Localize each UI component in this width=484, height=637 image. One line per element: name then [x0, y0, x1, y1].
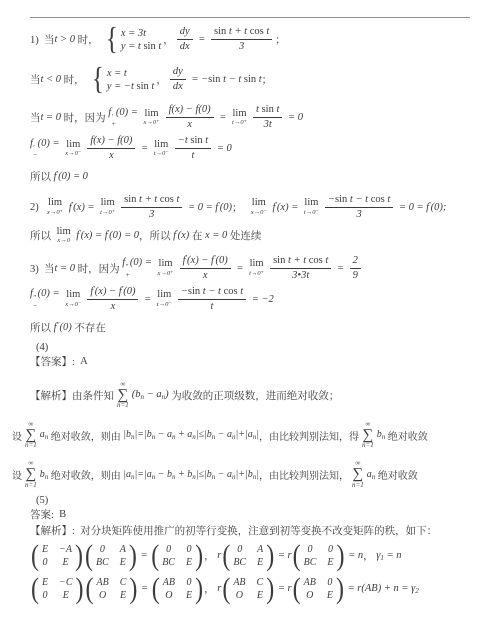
text-run: 当: [30, 110, 41, 125]
matrix-cell: 0: [327, 577, 332, 588]
text-run: ，所以: [139, 228, 173, 243]
text-run: 绝对收敛，则由: [48, 467, 123, 482]
line-part2-conclusion: 所以 limx→0 f′(x) = f′(0) = 0，所以 f′(x) 在 x…: [30, 227, 476, 245]
math-text: −: [328, 194, 335, 205]
question-4-label: (4): [36, 342, 48, 353]
limit-operator: limx→0⁺: [158, 259, 174, 277]
math-text: t + t: [136, 194, 159, 205]
limit-operator: limx→0⁻: [65, 140, 81, 158]
math-text: O: [99, 590, 106, 601]
numerator: −sin t − t cos t: [178, 286, 246, 300]
matrix-paren-right: ): [337, 541, 345, 571]
lim-word: lim: [252, 198, 266, 209]
math-run: = 0: [285, 112, 303, 123]
matrix-cell: BC: [162, 557, 175, 568]
math-text: (0): [220, 202, 232, 213]
math-text: x: [203, 270, 208, 281]
lim-subscript: x→0⁺: [144, 120, 160, 127]
fraction: −sin t − t cos tt: [178, 286, 246, 313]
math-run: (bn − an): [132, 389, 169, 401]
lim-word: lim: [154, 140, 168, 151]
matrix-cell: E: [42, 577, 48, 588]
sum-lower-limit: n=1: [362, 442, 374, 449]
limit-operator: limt→0⁻: [304, 198, 319, 216]
numerator: f(x) − f(0): [87, 135, 135, 149]
math-text: = −2: [249, 294, 274, 305]
math-text: E: [42, 577, 48, 588]
matrix-cell: 0: [328, 544, 333, 555]
math-text: dy: [180, 26, 190, 37]
math-text: =: [141, 294, 153, 305]
sum-lower-limit: n=1: [352, 482, 364, 489]
math-text: A: [257, 544, 263, 555]
matrix-paren-left: (: [85, 541, 93, 571]
math-run: r: [217, 550, 221, 561]
math-run: = 0 = f′(0): [185, 202, 232, 213]
math-text: (0) =: [116, 107, 141, 118]
math-text: t: [203, 135, 209, 146]
math-text: 0: [187, 577, 192, 588]
math-run: t = 0: [41, 112, 62, 123]
q4-answer: 【答案】: A: [30, 354, 476, 369]
math-text: x: [109, 150, 114, 161]
limit-operator: limx→0: [57, 227, 71, 245]
math-text: −t: [178, 135, 191, 146]
limit-operator: limt→0⁺: [249, 259, 264, 277]
fraction: sin t + t cos t3: [121, 194, 182, 221]
fraction: f′(x) − f′(0)x: [87, 286, 138, 313]
function-name: sin: [188, 286, 200, 297]
text-run: 2): [30, 202, 44, 213]
function-name: cos: [371, 194, 385, 205]
line-conclusion-first-derivative: 所以 f′(0) = 0: [30, 169, 476, 184]
numerator: f(x) − f(0): [166, 104, 214, 118]
text-run: ；: [232, 200, 248, 215]
line-part3-right-second-derivative: 3) 当t = 0 时，因为 f″+(0) = limx→0⁺f′(x) − f…: [30, 255, 476, 282]
math-text: t: [385, 194, 391, 205]
math-text: = 0 = f: [396, 202, 429, 213]
math-text: t: [323, 255, 329, 266]
math-text: (0) = 0: [109, 230, 139, 241]
math-text: E: [120, 557, 126, 568]
matrix-paren-right: ): [195, 574, 203, 604]
math-text: |a: [123, 469, 131, 480]
text-run: 绝对收敛: [375, 467, 418, 482]
math-text: BC: [304, 557, 317, 568]
text-run: 时，因为: [75, 261, 122, 276]
math-run: =: [141, 294, 153, 305]
math-text: = n: [384, 550, 402, 561]
math-text: = r: [275, 550, 291, 561]
math-run: = −sin t − t sin t: [189, 74, 262, 85]
math-text: dy: [173, 66, 183, 77]
math-text: −A: [59, 544, 72, 555]
text-run: 在: [189, 228, 205, 243]
math-text: O: [165, 590, 172, 601]
math-text: BC: [96, 557, 109, 568]
math-text: 3t: [264, 119, 272, 130]
matrix-cell: AB: [233, 577, 245, 588]
matrix-cell: O: [236, 590, 243, 601]
math-run: f″−(0) =: [30, 288, 62, 310]
math-text: 3: [239, 41, 244, 52]
math-run: |an|=|an − bn + bn|≤|bn − an|+|bn|: [123, 469, 259, 481]
text-run: ；: [262, 72, 273, 87]
text-run: ，由比较判别法知，得: [259, 428, 359, 443]
math-run: |bn|=|bn − an + an|≤|bn − an|+|an|: [123, 429, 259, 441]
math-text: E: [327, 557, 333, 568]
function-name: sin: [273, 255, 285, 266]
limit-operator: limx→0⁺: [144, 109, 160, 127]
lim-subscript: x→0: [57, 238, 70, 245]
matrix-paren-right: ): [266, 574, 274, 604]
math-text: t = 0: [55, 263, 76, 274]
matrix-grid: AB0OE: [160, 577, 195, 601]
math-text: t + t: [285, 255, 308, 266]
lim-subscript: x→0⁻: [65, 302, 81, 309]
fraction: f′(x) − f′(0)x: [180, 255, 231, 282]
denominator: x: [106, 149, 117, 162]
math-text: t − t: [347, 194, 370, 205]
math-run: = r(AB) + n = γ2: [345, 583, 419, 595]
matrix-cell: E: [257, 590, 263, 601]
math-text: =: [138, 550, 150, 561]
cases-rows: x = ty = −t sin t: [107, 68, 154, 92]
matrix-cell: O: [165, 590, 172, 601]
math-run: = r: [275, 550, 291, 561]
math-run: f′(x) =: [270, 202, 301, 213]
lim-subscript: t→0⁻: [157, 302, 172, 309]
math-text: E: [257, 590, 263, 601]
matrix-cell: E: [186, 557, 192, 568]
matrix-grid: ABCOE: [94, 577, 130, 601]
math-run: =: [138, 143, 150, 154]
math-text: dx: [173, 81, 183, 92]
math-run: r: [217, 583, 221, 594]
matrix-paren-right: ): [76, 574, 84, 604]
math-run: f′+(0) =: [108, 107, 140, 129]
math-text: (x) =: [277, 202, 301, 213]
math-text: f(x) − f(0): [90, 135, 132, 146]
math-text: t: [274, 104, 280, 115]
lim-subscript: t→0⁺: [249, 271, 264, 278]
line-2-t-negative: 当t < 0 时， {x = ty = −t sin t，dydx = −sin…: [30, 66, 476, 93]
math-text: |+|a: [235, 429, 252, 440]
denominator: 3: [353, 208, 364, 221]
text-run: ，: [204, 581, 217, 596]
math-text: (0) =: [38, 138, 63, 149]
lim-subscript: x→0⁻: [251, 210, 267, 217]
numerator: 2: [350, 255, 361, 269]
summation: ∞∑n=1: [362, 421, 374, 449]
matrix-cell: 0: [308, 544, 313, 555]
numerator: f′(x) − f′(0): [180, 255, 231, 269]
math-text: AB: [163, 577, 175, 588]
matrix-grid: 00BCE: [159, 544, 195, 568]
numerator: −t sin t: [175, 135, 211, 149]
matrix-cell: E: [62, 557, 68, 568]
math-text: x = t: [107, 68, 127, 79]
matrix-cell: 0: [43, 590, 48, 601]
cases-brace: {: [106, 24, 118, 55]
limit-operator: limt→0⁻: [157, 290, 172, 308]
text-run: 3) 当: [30, 261, 55, 276]
math-run: an: [40, 429, 49, 441]
math-text: t = 0: [41, 112, 62, 123]
math-text: |≤|b: [196, 429, 212, 440]
summation: ∞∑n=1: [352, 460, 364, 488]
matrix-grid: 0ABCE: [93, 544, 129, 568]
matrix: (AB0OE): [152, 577, 203, 601]
math-text: (x) =: [73, 202, 97, 213]
lim-word: lim: [48, 198, 62, 209]
summation: ∞∑n=1: [25, 421, 37, 449]
math-text: =: [217, 112, 229, 123]
q4-case-b: 设∞∑n=1bn 绝对收敛，则由 |an|=|an − bn + bn|≤|bn…: [12, 460, 476, 488]
matrix-paren-right: ): [129, 574, 137, 604]
math-text: 3: [149, 209, 154, 220]
subscript: −: [33, 303, 38, 310]
matrix-cell: 0: [43, 557, 48, 568]
math-run: = 0 = f′(0);: [396, 202, 446, 213]
question-5-label: (5): [36, 495, 48, 506]
matrix-paren-left: (: [152, 574, 160, 604]
math-text: = r: [275, 583, 291, 594]
sum-lower-limit: n=1: [25, 442, 37, 449]
math-text: −: [181, 286, 188, 297]
math-text: A: [120, 544, 126, 555]
math-text: (0) =: [130, 257, 155, 268]
math-text: E: [257, 557, 263, 568]
text-run: 【解析】: 对分块矩阵使用推广的初等行变换，注意到初等变换不改变矩阵的秩，如下：: [30, 523, 437, 538]
text-run: 【解析】由条件知: [30, 388, 114, 403]
line-1-t-positive: 1) 当t > 0 时， {x = 3ty = t sin t，dydx = s…: [30, 26, 476, 53]
text-run: ，由比较判别法知，: [259, 467, 349, 482]
matrix-paren-right: ): [75, 541, 83, 571]
math-text: (x) − f: [95, 286, 122, 297]
numerator: f′(x) − f′(0): [87, 286, 138, 300]
math-text: =: [138, 143, 150, 154]
math-text: f(x) − f(0): [169, 104, 211, 115]
lim-subscript: t→0⁻: [304, 210, 319, 217]
matrix: (ABCOE): [86, 577, 138, 601]
math-run: bn: [377, 429, 386, 441]
matrix-cell: A: [257, 544, 263, 555]
matrix-cell: 0: [100, 544, 105, 555]
math-run: =: [217, 112, 229, 123]
denominator: 3: [146, 208, 157, 221]
matrix-cell: −C: [59, 577, 72, 588]
text-run: 时，因为: [61, 110, 108, 125]
math-text: BC: [162, 557, 175, 568]
text-run: 所以: [30, 228, 54, 243]
matrix-cell: E: [42, 544, 48, 555]
cases-group: {x = ty = −t sin t: [92, 67, 154, 92]
lim-subscript: t→0⁺: [100, 210, 115, 217]
lim-subscript: t→0⁺: [232, 120, 247, 127]
q4-case-a: 设∞∑n=1an 绝对收敛，则由 |bn|=|bn − an + an|≤|bn…: [12, 421, 476, 449]
denominator: 3: [236, 40, 247, 53]
matrix-cell: E: [257, 557, 263, 568]
q5-matrix-line-2: (E−C0E)(ABCOE) = (AB0OE)， r(ABCOE) = r(A…: [30, 577, 476, 601]
text-run: 绝对收敛: [385, 428, 428, 443]
function-name: sin: [190, 135, 202, 146]
matrix-cell: 0: [187, 544, 192, 555]
math-text: r: [217, 583, 221, 594]
lim-word: lim: [159, 259, 173, 270]
math-text: t + t: [226, 26, 249, 37]
function-name: cos: [309, 255, 323, 266]
cases-brace: {: [92, 64, 104, 95]
numerator: sin t + t cos t: [270, 255, 331, 269]
math-text: 0: [327, 577, 332, 588]
math-run: =: [196, 34, 208, 45]
math-text: (0): [215, 255, 227, 266]
matrix-paren-left: (: [293, 541, 301, 571]
text-run: 所以: [30, 320, 54, 335]
math-text: |≤|b: [196, 469, 212, 480]
function-name: sin: [137, 81, 149, 92]
matrix-cell: BC: [96, 557, 109, 568]
math-text: y = t: [121, 41, 144, 52]
math-text: dx: [180, 41, 190, 52]
sum-lower-limit: n=1: [117, 402, 129, 409]
numerator: dy: [177, 26, 193, 40]
fraction: sin t + t cos t3: [211, 26, 272, 53]
text-run: 时，: [75, 32, 104, 47]
line-part2-limits: 2) limx→0⁺ f′(x) = limt→0⁺sin t + t cos …: [30, 194, 476, 221]
matrix-paren-right: ): [266, 541, 274, 571]
math-run: f′(x): [173, 230, 189, 241]
text-run: 设: [12, 467, 22, 482]
matrix-grid: 00BCE: [301, 544, 337, 568]
math-run: t < 0: [41, 74, 62, 85]
limit-operator: limx→0⁻: [65, 290, 81, 308]
text-run: 设: [12, 428, 22, 443]
matrix-cell: A: [120, 544, 126, 555]
matrix: (E−C0E): [31, 577, 84, 601]
math-text: 0: [100, 544, 105, 555]
q4-label: (4): [36, 342, 476, 353]
sigma-symbol: ∑: [26, 428, 37, 442]
text-run: ，: [163, 32, 174, 47]
matrix: (ABCOE): [222, 577, 274, 601]
math-text: x = 3t: [121, 28, 146, 39]
math-text: t: [156, 41, 162, 52]
math-text: =: [334, 263, 346, 274]
matrix: (AB0OE): [293, 577, 344, 601]
line-t0-left-derivative: f′−(0) = limx→0⁻f(x) − f(0)x = limt→0⁻−t…: [30, 135, 476, 162]
math-text: BC: [233, 557, 246, 568]
matrix-cell: −A: [59, 544, 72, 555]
denominator: dx: [170, 80, 186, 93]
limit-operator: limt→0⁺: [232, 109, 247, 127]
answer-label-q5: 答案:: [30, 507, 59, 522]
matrix-paren-left: (: [31, 574, 39, 604]
function-name: sin: [143, 41, 155, 52]
fraction: 29: [350, 255, 361, 282]
math-text: |+|b: [235, 469, 252, 480]
line-part3-conclusion: 所以 f″(0) 不存在: [30, 320, 476, 335]
math-text: E: [327, 590, 333, 601]
q4-analysis: 【解析】由条件知∞∑n=1(bn − an) 为收敛的正项级数，进而绝对收敛；: [30, 381, 476, 409]
denominator: 3•3t: [289, 269, 312, 282]
denominator: t: [208, 300, 217, 313]
math-text: C: [257, 577, 264, 588]
matrix-cell: AB: [97, 577, 109, 588]
math-text: t − t: [200, 286, 223, 297]
math-text: t − t: [220, 74, 243, 85]
math-run: an: [367, 469, 376, 481]
matrix: (00BCE): [293, 544, 345, 568]
lim-word: lim: [57, 227, 71, 238]
math-run: f″+(0) =: [122, 257, 154, 279]
math-run: =: [138, 583, 150, 594]
text-run: 绝对收敛，则由: [48, 428, 123, 443]
text-run: ，: [156, 72, 167, 87]
text-run: ，: [204, 548, 217, 563]
math-text: =: [234, 263, 246, 274]
cases-row: y = −t sin t: [107, 81, 154, 92]
function-name: sin: [124, 194, 136, 205]
matrix-cell: E: [327, 590, 333, 601]
math-text: 0: [43, 557, 48, 568]
matrix-paren-left: (: [86, 574, 94, 604]
fraction: sin t + t cos t3•3t: [270, 255, 331, 282]
math-run: =: [334, 263, 346, 274]
math-run: = r: [275, 583, 291, 594]
denominator: x: [200, 269, 211, 282]
fraction: dydx: [177, 26, 193, 53]
math-text: t: [174, 194, 180, 205]
matrix-paren-left: (: [222, 541, 230, 571]
matrix-paren-left: (: [31, 541, 39, 571]
math-run: f′(x) =: [66, 202, 97, 213]
numerator: sin t + t cos t: [121, 194, 182, 208]
function-name: sin: [214, 26, 226, 37]
math-text: = r(AB) + n = γ: [345, 583, 415, 594]
numerator: sin t + t cos t: [211, 26, 272, 40]
matrix-paren-left: (: [293, 574, 301, 604]
math-text: r: [217, 550, 221, 561]
document-page: 1) 当t > 0 时， {x = 3ty = t sin t，dydx = s…: [0, 0, 484, 637]
lim-word: lim: [66, 290, 80, 301]
q5-analysis: 【解析】: 对分块矩阵使用推广的初等行变换，注意到初等变换不改变矩阵的秩，如下：: [30, 523, 476, 538]
math-text: t: [149, 81, 155, 92]
function-name: sin: [244, 74, 256, 85]
lim-word: lim: [250, 259, 264, 270]
math-text: E: [186, 590, 192, 601]
math-run: =: [138, 550, 150, 561]
q5-label: (5): [36, 495, 476, 506]
q5-matrix-line-1: (E−A0E)(0ABCE) = (00BCE)， r(0ABCE) = r(0…: [30, 544, 476, 568]
math-text: 3: [356, 209, 361, 220]
math-run: bn: [40, 469, 49, 481]
lim-word: lim: [101, 198, 115, 209]
math-text: = 0 = f: [185, 202, 218, 213]
matrix: (0ABCE): [222, 544, 274, 568]
matrix-grid: E−C0E: [39, 577, 76, 601]
matrix-cell: E: [120, 590, 126, 601]
math-text: = −: [189, 74, 208, 85]
math-text: = 0: [285, 112, 303, 123]
math-text: − a: [215, 469, 232, 480]
matrix-cell: 0: [166, 544, 171, 555]
matrix-paren-right: ): [336, 574, 344, 604]
subscript: 2: [415, 587, 419, 595]
lim-subscript: t→0⁻: [154, 151, 169, 158]
math-text: (0) =: [38, 288, 63, 299]
